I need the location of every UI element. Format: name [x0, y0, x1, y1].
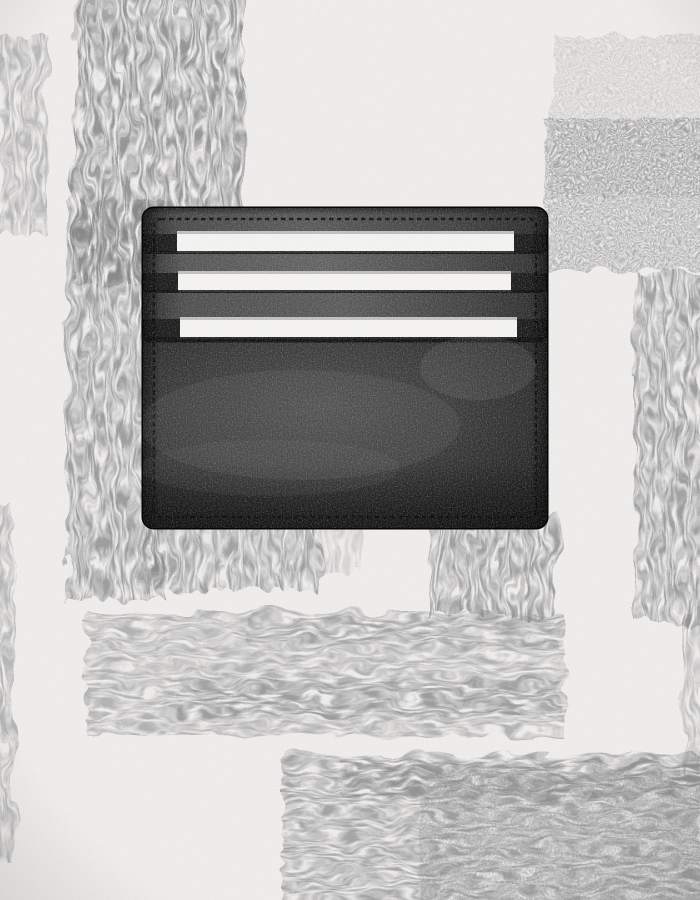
photograph: Black-and-white photo of a slim black le… [0, 0, 700, 900]
photo-canvas: Black-and-white photo of a slim black le… [0, 0, 700, 900]
wallet-photo-scene [0, 0, 700, 900]
photo-vignette [0, 0, 700, 900]
